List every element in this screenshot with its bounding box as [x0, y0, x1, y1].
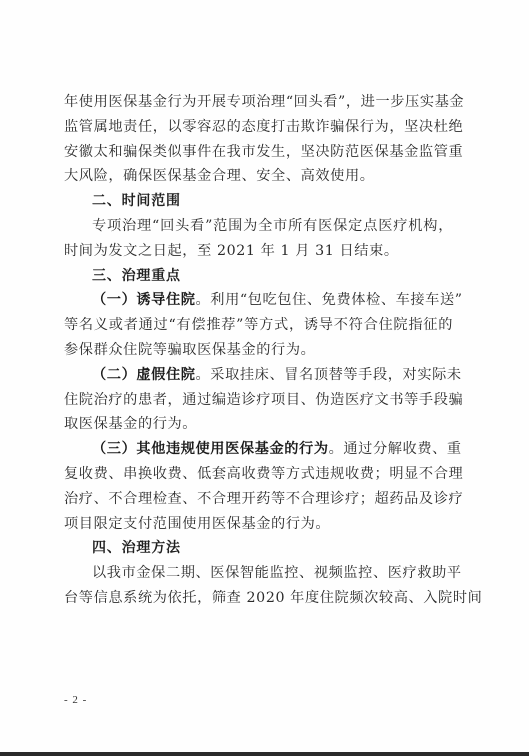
body-line: 监管属地责任，以零容忍的态度打击欺诈骗保行为，坚决杜绝: [64, 115, 453, 140]
body-line: 等名义或者通过“有偿推荐”等方式，诱导不符合住院指征的: [64, 313, 453, 338]
page-number: - 2 -: [64, 694, 87, 706]
item-title-false-hospitalization: （二）虚假住院: [92, 367, 196, 383]
item-title-induced-hospitalization: （一）诱导住院: [92, 292, 196, 308]
item-title-other-violations: （三）其他违规使用医保基金的行为: [92, 441, 329, 457]
body-line: 参保群众住院等骗取医保基金的行为。: [64, 338, 453, 363]
body-line: 住院治疗的患者，通过编造诊疗项目、伪造医疗文书等手段骗: [64, 388, 453, 413]
document-page: 年使用医保基金行为开展专项治理“回头看”，进一步压实基金 监管属地责任，以零容忍…: [0, 0, 529, 752]
item-first-line: （一）诱导住院。利用“包吃包住、免费体检、车接车送”: [64, 288, 453, 313]
section-heading-time-range: 二、时间范围: [64, 189, 453, 214]
section-heading-focus: 三、治理重点: [64, 264, 453, 289]
section-heading-methods: 四、治理方法: [64, 536, 453, 561]
body-line: 年使用医保基金行为开展专项治理“回头看”，进一步压实基金: [64, 90, 453, 115]
body-line: 安徽太和骗保类似事件在我市发生，坚决防范医保基金监管重: [64, 140, 453, 165]
body-line: 治疗、不合理检查、不合理开药等不合理诊疗；超药品及诊疗: [64, 487, 453, 512]
item-text: 。采取挂床、冒名顶替等手段，对实际未: [196, 367, 462, 383]
body-line: 以我市金保二期、医保智能监控、视频监控、医疗救助平: [64, 561, 453, 586]
document-body: 年使用医保基金行为开展专项治理“回头看”，进一步压实基金 监管属地责任，以零容忍…: [64, 90, 453, 611]
body-line: 大风险，确保医保基金合理、安全、高效使用。: [64, 164, 453, 189]
body-line: 专项治理“回头看”范围为全市所有医保定点医疗机构，: [64, 214, 453, 239]
item-first-line: （二）虚假住院。采取挂床、冒名顶替等手段，对实际未: [64, 363, 453, 388]
body-line: 复收费、串换收费、低套高收费等方式违规收费；明显不合理: [64, 462, 453, 487]
body-line: 时间为发文之日起，至 2021 年 1 月 31 日结束。: [64, 239, 453, 264]
body-line: 项目限定支付范围使用医保基金的行为。: [64, 512, 453, 537]
item-text: 。通过分解收费、重: [329, 441, 462, 457]
item-first-line: （三）其他违规使用医保基金的行为。通过分解收费、重: [64, 437, 453, 462]
item-text: 。利用“包吃包住、免费体检、车接车送”: [196, 292, 463, 308]
body-line: 台等信息系统为依托，筛查 2020 年度住院频次较高、入院时间: [64, 586, 453, 611]
bottom-edge-bar: [0, 752, 529, 756]
body-line: 取医保基金的行为。: [64, 412, 453, 437]
